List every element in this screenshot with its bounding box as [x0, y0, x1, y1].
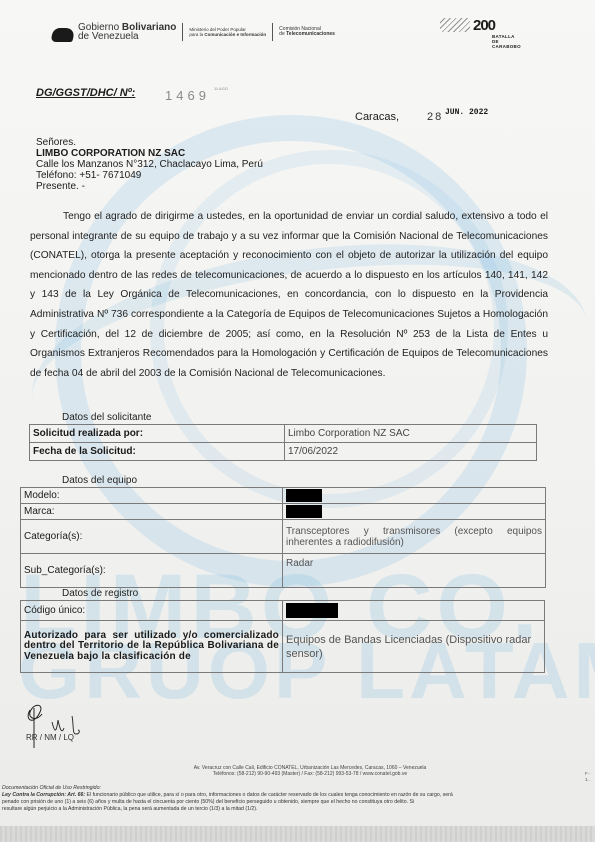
divider [182, 23, 183, 41]
reference-label: DG/GGST/DHC/ Nº: [36, 87, 135, 99]
registro-table: Código único: Autorizado para ser utiliz… [20, 600, 545, 673]
letterhead: Gobierno Bolivariano de Venezuela Minist… [52, 22, 335, 42]
recipient-phone: Teléfono: +51- 7671049 [36, 170, 263, 181]
reference-number: 1469 [165, 88, 210, 103]
document-page: LIMBO CO. GRUOP LATAM Gobierno Bolivaria… [0, 0, 595, 842]
closing: Presente. - [36, 181, 263, 192]
table-row: Solicitud realizada por: Limbo Corporati… [30, 425, 537, 443]
table-row: Autorizado para ser utilizado y/o comerc… [21, 621, 545, 673]
table-row: Marca: [21, 504, 546, 520]
table-row: Categoría(s): Transceptores y transmisor… [21, 520, 546, 554]
recipient-block: Señores. LIMBO CORPORATION NZ SAC Calle … [36, 137, 263, 192]
salutation: Señores. [36, 137, 263, 148]
recipient-address: Calle los Manzanos N°312, Chaclacayo Lim… [36, 159, 263, 170]
redacted-model [286, 489, 322, 502]
footer-form-code: F- 1. [585, 772, 590, 784]
city: Caracas, [355, 111, 399, 123]
signature-initials: RR / NM / LQ [26, 733, 74, 742]
bicentennial-lines-icon [440, 18, 470, 32]
table-row: Fecha de la Solicitud: 17/06/2022 [30, 443, 537, 461]
table-row: Modelo: [21, 488, 546, 504]
divider [272, 23, 273, 41]
government-name: Gobierno Bolivariano de Venezuela [78, 23, 176, 41]
footer-address: Av. Veracruz con Calle Cali, Edificio CO… [140, 765, 480, 777]
date-day: 28 [427, 111, 443, 123]
legal-notice: Documentación Oficial de Uso Restringido… [2, 785, 595, 813]
government-logo-icon [50, 28, 76, 42]
section-title-registro: Datos de registro [62, 588, 138, 599]
solicitante-table: Solicitud realizada por: Limbo Corporati… [29, 424, 537, 461]
redacted-unique-code [286, 603, 338, 618]
equipo-table: Modelo: Marca: Categoría(s): Transceptor… [20, 487, 546, 588]
ministry-name: Ministerio del Poder Popular para la Com… [189, 27, 266, 37]
section-title-solicitante: Datos del solicitante [62, 412, 152, 423]
table-row: Sub_Categoría(s): Radar [21, 554, 546, 588]
bicentennial-logo: 200 BATALLA DE CARABOBO [440, 18, 495, 32]
date-stamp: JUN. 2022 [445, 108, 488, 117]
table-row: Código único: [21, 601, 545, 621]
section-title-equipo: Datos del equipo [62, 475, 137, 486]
reference-stamp: 11 AGO [214, 86, 228, 91]
letter-body: Tengo el agrado de dirigirme a ustedes, … [30, 207, 548, 383]
redacted-brand [286, 505, 322, 518]
scan-edge [0, 826, 595, 842]
recipient-name: LIMBO CORPORATION NZ SAC [36, 148, 263, 159]
conatel-name: Comisión Nacional de Telecomunicaciones [279, 27, 335, 38]
